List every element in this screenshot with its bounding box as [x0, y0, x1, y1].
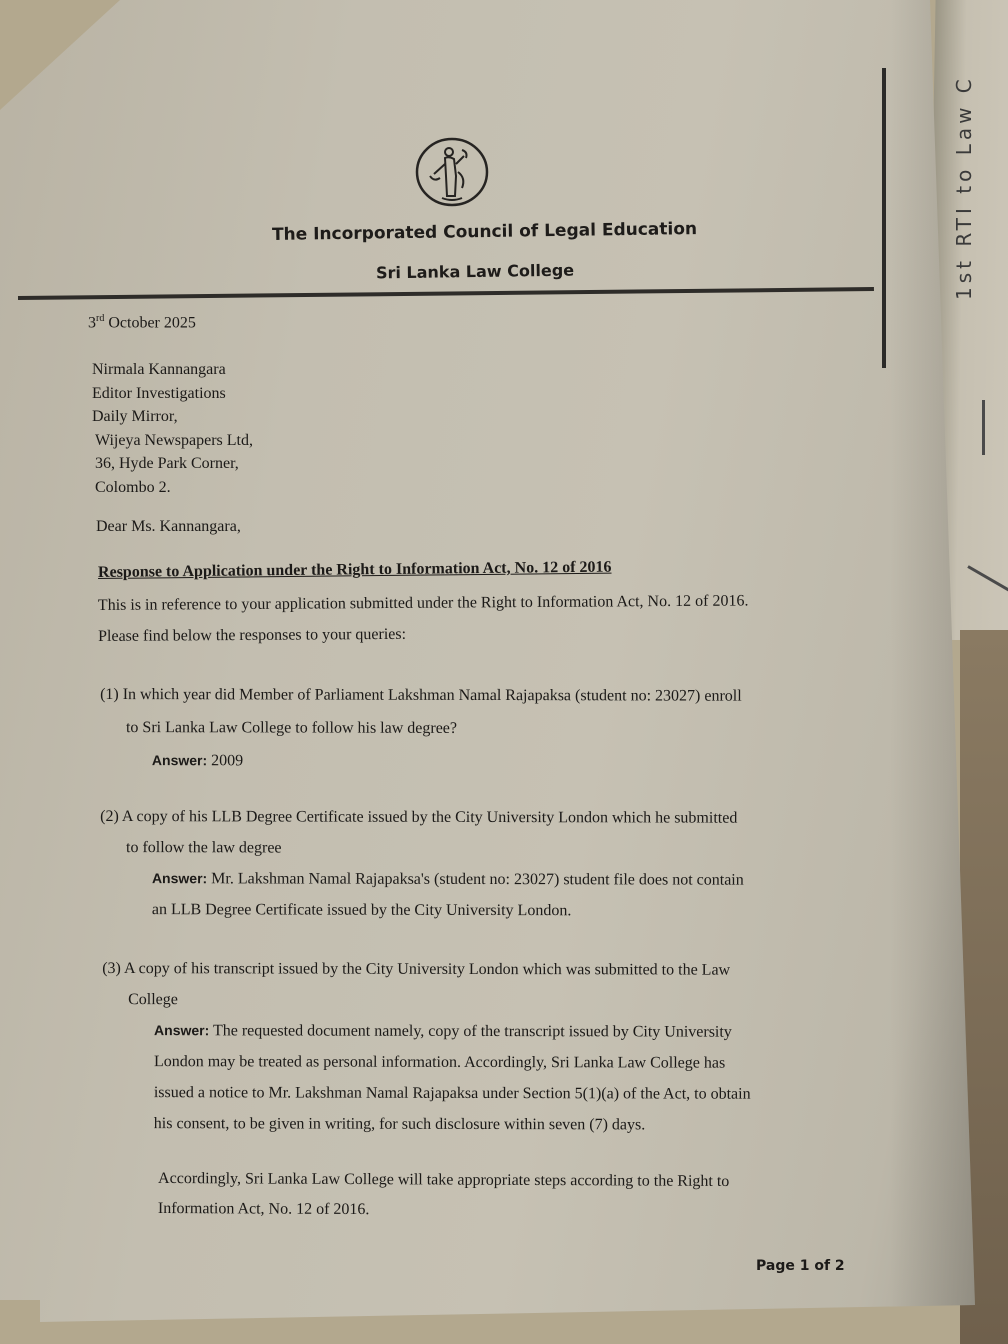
page-number: Page 1 of 2	[756, 1258, 845, 1274]
query-2: (2) A copy of his LLB Degree Certificate…	[100, 801, 744, 927]
letter-date: 3rd October 2025	[88, 313, 196, 332]
header-rule	[18, 287, 874, 300]
intro-paragraph: This is in reference to your application…	[98, 585, 749, 652]
lady-justice-crest-icon	[414, 136, 490, 208]
letter-page: The Incorporated Council of Legal Educat…	[0, 0, 975, 1322]
answer-1: Answer: 2009	[152, 744, 742, 779]
query-3: (3) A copy of his transcript issued by t…	[102, 953, 751, 1141]
answer-3: Answer: The requested document namely, c…	[154, 1015, 751, 1048]
pen-mark	[982, 400, 985, 455]
closing-paragraph: Accordingly, Sri Lanka Law College will …	[158, 1164, 730, 1227]
salutation: Dear Ms. Kannangara,	[96, 518, 241, 536]
query-1: (1) In which year did Member of Parliame…	[100, 678, 742, 779]
margin-line	[882, 68, 886, 368]
college-name: Sri Lanka Law College	[376, 261, 574, 283]
handwritten-note: 1st RTI to Law C	[952, 70, 1008, 300]
answer-2: Answer: Mr. Lakshman Namal Rajapaksa's (…	[152, 863, 744, 896]
recipient-address: Nirmala Kannangara Editor Investigations…	[92, 358, 253, 499]
subject-line: Response to Application under the Right …	[98, 559, 612, 582]
organization-name: The Incorporated Council of Legal Educat…	[272, 219, 697, 245]
